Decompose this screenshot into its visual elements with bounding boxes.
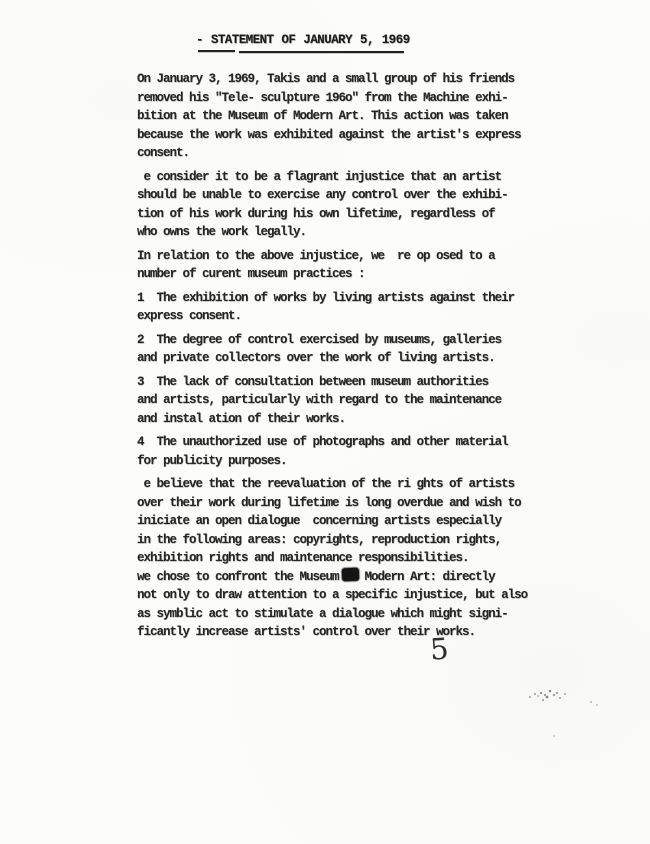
- document-sheet: - STATEMENT OF JANUARY 5, 1969 On Januar…: [0, 0, 650, 844]
- paragraph-closing: e believe that the reevaluation of the r…: [137, 475, 547, 642]
- list-item-2: 2 The degree of control exercised by mus…: [137, 331, 547, 368]
- statement-body: On January 3, 1969, Takis and a small gr…: [137, 70, 547, 642]
- list-item-4: 4 The unauthorized use of photographs an…: [137, 433, 547, 470]
- list-item-3: 3 The lack of consultation between museu…: [137, 373, 547, 429]
- title-underline: [198, 50, 235, 52]
- paragraph-practices-intro: In relation to the above injustice, we r…: [137, 247, 547, 284]
- ink-blot-overstrike: [342, 568, 359, 582]
- paragraph-injustice: e consider it to be a flagrant injustice…: [137, 168, 547, 242]
- scan-smudge: [540, 692, 542, 694]
- title-underline: [239, 51, 404, 53]
- handwritten-page-number: 5: [429, 631, 450, 666]
- list-item-1: 1 The exhibition of works by living arti…: [137, 289, 547, 326]
- paragraph-removal: On January 3, 1969, Takis and a small gr…: [137, 70, 547, 163]
- statement-title: - STATEMENT OF JANUARY 5, 1969: [196, 33, 410, 47]
